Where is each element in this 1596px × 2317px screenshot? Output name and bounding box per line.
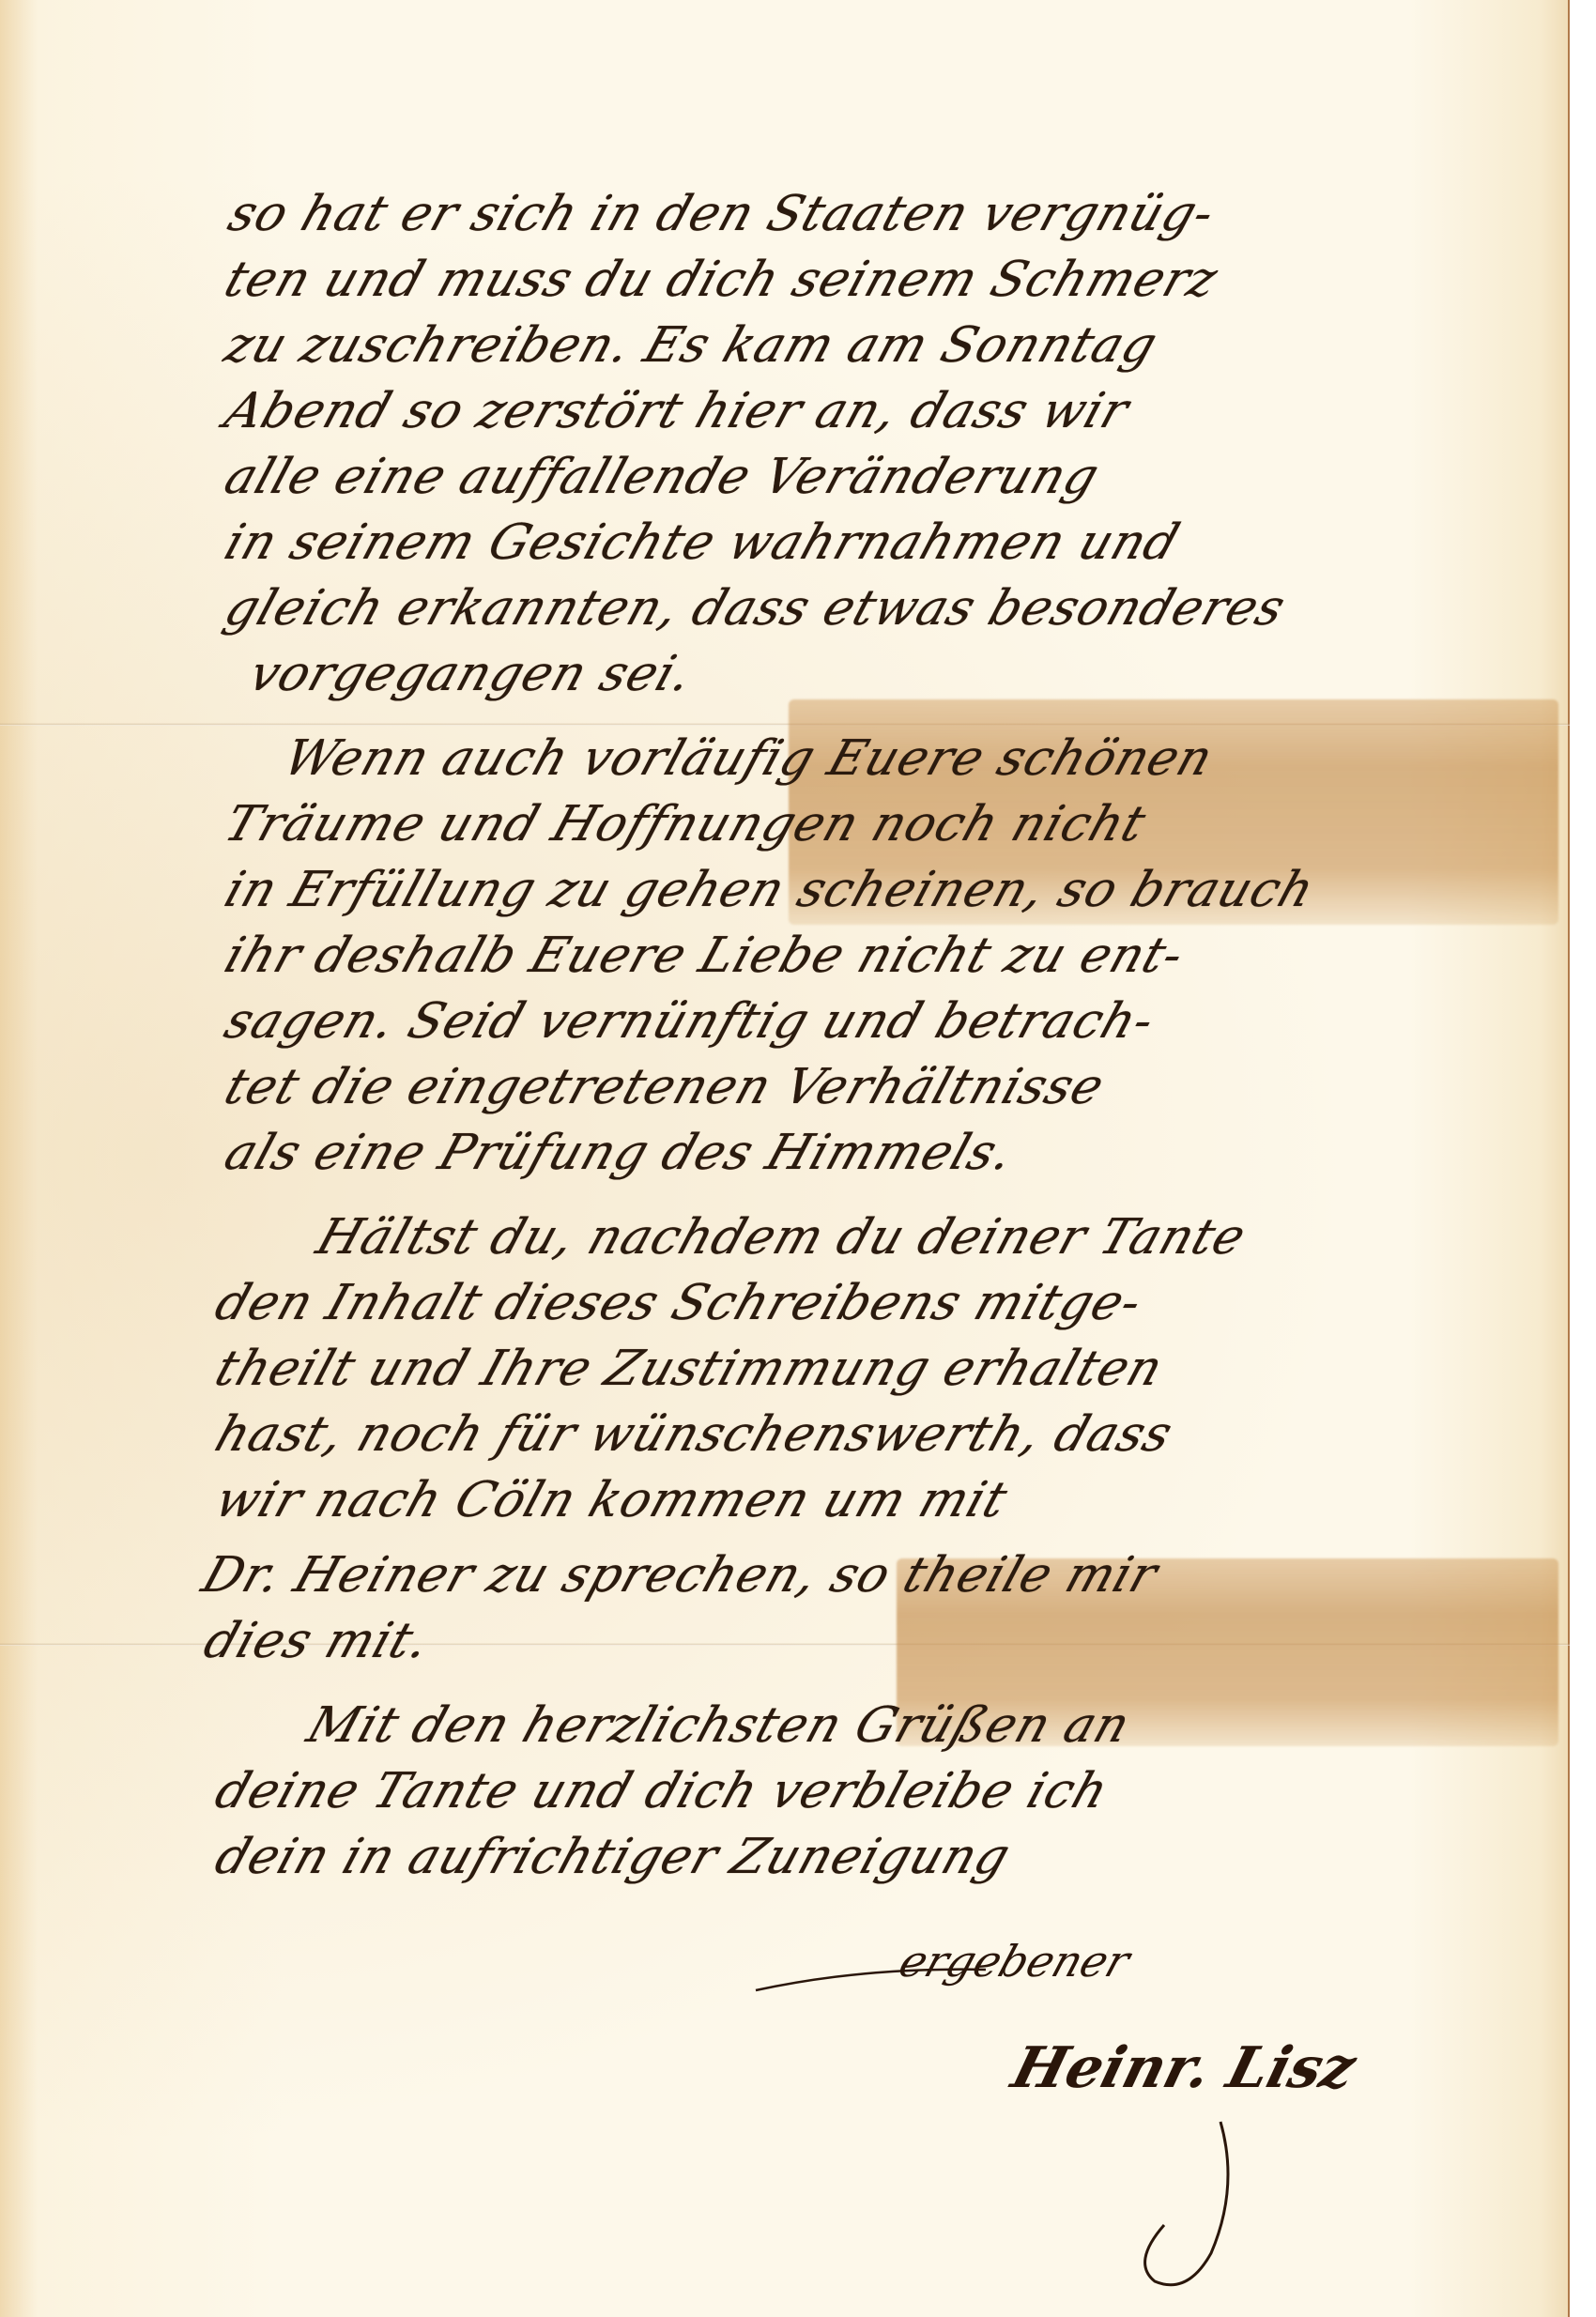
text-line: sagen. Seid vernünftig und betrach- [218,993,1596,1050]
text-line: Dr. Heiner zu sprechen, so theile mir [195,1547,1596,1603]
letter-page: so hat er sich in den Staaten vergnüg- t… [0,0,1570,2317]
text-line: tet die eingetretenen Verhältnisse [218,1059,1596,1115]
text-line: Hältst du, nachdem du deiner Tante [310,1209,1596,1266]
text-line: dein in aufrichtiger Zuneigung [208,1829,1596,1885]
text-line: deine Tante und dich verbleibe ich [208,1763,1596,1819]
text-line: gleich erkannten, dass etwas besonderes [218,580,1596,637]
text-line: so hat er sich in den Staaten vergnüg- [222,186,1596,242]
text-line: hast, noch für wünschenswerth, dass [208,1406,1596,1463]
text-line: Abend so zerstört hier an, dass wir [218,383,1596,439]
signature-flourish [1098,2112,1286,2300]
text-line: alle eine auffallende Veränderung [218,449,1596,505]
text-line: Wenn auch vorläufig Euere schönen [277,730,1596,787]
text-line: ihr deshalb Euere Liebe nicht zu ent- [218,928,1596,984]
text-line: wir nach Cöln kommen um mit [208,1472,1596,1528]
text-line: Mit den herzlichsten Grüßen an [300,1697,1596,1754]
text-line: in Erfüllung zu gehen scheinen, so brauc… [218,862,1596,918]
text-line: theilt und Ihre Zustimmung erhalten [208,1341,1596,1397]
text-line: zu zuschreiben. Es kam am Sonntag [218,317,1596,374]
signature: Heinr. Lisz [1005,2035,1363,2101]
text-line: als eine Prüfung des Himmels. [218,1125,1596,1181]
text-line: in seinem Gesichte wahrnahmen und [218,514,1596,571]
text-line: vorgegangen sei. [242,646,1596,702]
text-line: dies mit. [197,1613,1596,1669]
text-line: Träume und Hoffnungen noch nicht [218,796,1596,852]
text-line: ten und muss du dich seinem Schmerz [218,252,1596,308]
closing-word: ergebener [893,1936,1136,1987]
text-line: den Inhalt dieses Schreibens mitge- [208,1275,1596,1331]
